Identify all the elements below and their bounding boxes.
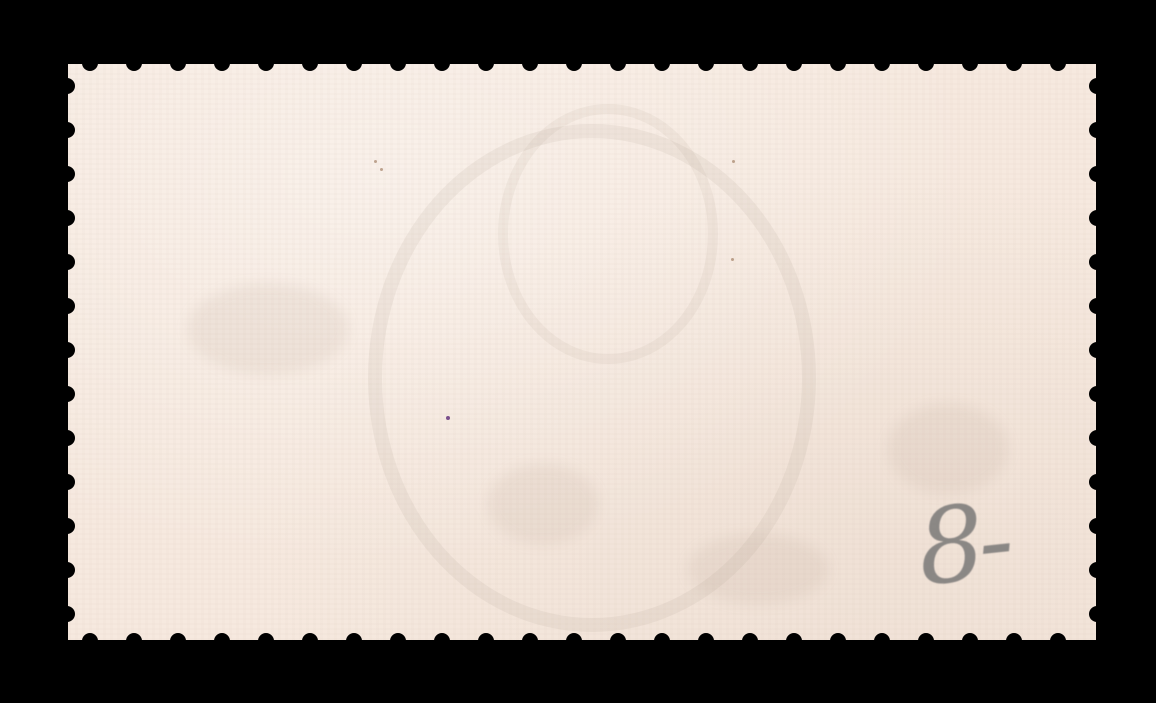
perforation-hole	[962, 633, 978, 649]
perforation-hole	[918, 633, 934, 649]
perforation-hole	[478, 55, 494, 71]
perforation-hole	[170, 633, 186, 649]
perforation-hole	[82, 55, 98, 71]
perforation-hole	[170, 55, 186, 71]
perforation-hole	[59, 298, 75, 314]
perforation-hole	[1089, 562, 1105, 578]
perforation-hole	[214, 633, 230, 649]
perforation-hole	[390, 55, 406, 71]
perforation-hole	[59, 210, 75, 226]
perforation-hole	[918, 55, 934, 71]
perforation-hole	[1089, 298, 1105, 314]
perforation-hole	[59, 562, 75, 578]
perforation-hole	[1089, 430, 1105, 446]
perforation-hole	[59, 342, 75, 358]
perforation-hole	[962, 55, 978, 71]
perforation-hole	[126, 633, 142, 649]
perforation-hole	[434, 633, 450, 649]
perforation-hole	[1089, 518, 1105, 534]
perforation-hole	[698, 633, 714, 649]
perforation-hole	[390, 633, 406, 649]
speck	[380, 168, 383, 171]
perforation-hole	[59, 474, 75, 490]
perforation-hole	[1006, 55, 1022, 71]
perforation-hole	[59, 386, 75, 402]
stain	[188, 284, 348, 374]
perforation-hole	[1089, 166, 1105, 182]
perforation-hole	[258, 633, 274, 649]
perforation-hole	[742, 633, 758, 649]
perforation-hole	[346, 55, 362, 71]
perforation-hole	[874, 633, 890, 649]
perforation-hole	[522, 55, 538, 71]
perforation-hole	[59, 166, 75, 182]
perforation-hole	[830, 633, 846, 649]
perforation-hole	[1089, 210, 1105, 226]
perforation-hole	[478, 633, 494, 649]
perforation-hole	[786, 55, 802, 71]
perforation-hole	[82, 633, 98, 649]
perforation-hole	[302, 633, 318, 649]
perforation-hole	[59, 254, 75, 270]
perforation-hole	[1089, 254, 1105, 270]
perforation-hole	[654, 633, 670, 649]
perforation-hole	[566, 633, 582, 649]
perforation-hole	[522, 633, 538, 649]
perforation-hole	[126, 55, 142, 71]
perforation-hole	[302, 55, 318, 71]
perforation-hole	[742, 55, 758, 71]
perforation-hole	[1050, 633, 1066, 649]
perforation-hole	[1006, 633, 1022, 649]
perforation-hole	[59, 606, 75, 622]
perforation-hole	[214, 55, 230, 71]
perforation-hole	[1089, 78, 1105, 94]
perforation-hole	[1089, 342, 1105, 358]
perforation-hole	[346, 633, 362, 649]
perforation-hole	[610, 55, 626, 71]
pencil-notation: 8-	[913, 488, 1013, 601]
perforation-hole	[566, 55, 582, 71]
perforation-hole	[59, 78, 75, 94]
perforation-hole	[786, 633, 802, 649]
stain	[488, 464, 598, 544]
speck	[732, 160, 735, 163]
stain	[688, 534, 828, 604]
perforation-hole	[59, 518, 75, 534]
perforation-hole	[1089, 122, 1105, 138]
perforation-hole	[434, 55, 450, 71]
perforation-hole	[59, 430, 75, 446]
perforation-hole	[610, 633, 626, 649]
perforation-hole	[1089, 606, 1105, 622]
perforation-hole	[59, 122, 75, 138]
perforation-hole	[1089, 386, 1105, 402]
perforation-hole	[1089, 474, 1105, 490]
perforation-hole	[258, 55, 274, 71]
perforation-hole	[874, 55, 890, 71]
perforation-hole	[1050, 55, 1066, 71]
perforation-hole	[654, 55, 670, 71]
speck	[731, 258, 734, 261]
speck	[374, 160, 377, 163]
design-show-through	[498, 104, 718, 364]
violet-speck	[446, 416, 450, 420]
perforation-hole	[698, 55, 714, 71]
perforation-hole	[830, 55, 846, 71]
